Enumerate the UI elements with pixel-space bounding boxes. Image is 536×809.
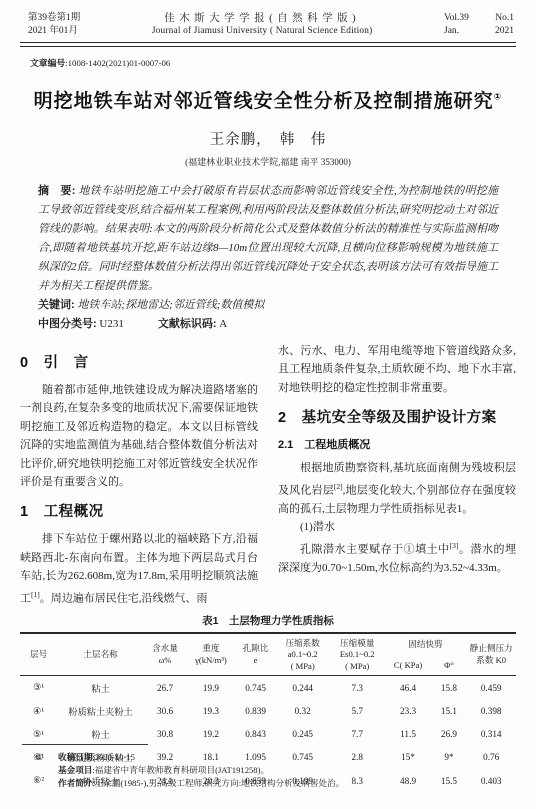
authors: 王余鹏， 韩 伟 xyxy=(0,128,536,149)
classification-line: 中图分类号: U231 文献标识码: A xyxy=(38,315,498,334)
table-cell: 15.8 xyxy=(432,676,467,700)
body-columns: 0 引 言 随着都市延伸,地铁建设成为解决道路堵塞的一剂良药,在复杂多变的地质状… xyxy=(20,342,516,608)
issue-info: 第39卷第1期 2021 年01月 xyxy=(28,12,80,38)
doc-code: 文献标识码: A xyxy=(158,315,227,334)
volume-info: Vol.39 No.1 Jan. 2021 xyxy=(444,12,514,38)
section-0-heading: 0 引 言 xyxy=(20,351,258,372)
received-date-value: :2020-10-15 xyxy=(92,752,135,762)
table-cell: 15.1 xyxy=(432,699,467,722)
issue-number: No.1 xyxy=(495,12,514,25)
table-cell: ⑤¹ xyxy=(20,723,57,746)
article-number-label: 文章编号 xyxy=(30,58,65,68)
table-cell: 19.2 xyxy=(186,723,236,746)
abstract: 摘 要: 地铁车站明挖施工中会打破原有岩层状态而影响邻近管线安全性,为控制地铁的… xyxy=(38,182,498,296)
table-cell: 0.745 xyxy=(236,676,276,700)
date-row: Jan. 2021 xyxy=(444,25,514,38)
section-1-text-b: 。周边遍布居民住宅,沿线燃气、雨 xyxy=(40,592,208,604)
section-2-1-heading: 2.1 工程地质概况 xyxy=(278,436,516,452)
footnote-received: ① 收稿日期:2020-10-15 xyxy=(22,751,502,764)
table-row: ③¹粘土26.719.90.7450.2447.346.415.80.459 xyxy=(20,676,516,700)
clc: 中图分类号: U231 xyxy=(38,315,124,334)
col-friction-angle: Φ° xyxy=(432,654,467,675)
table-header: 层号 土层名称 含水量 ω% 重度 γ(kN/m³) 孔隙比 e 压缩系数 a0… xyxy=(20,633,516,676)
abstract-label: 摘 要: xyxy=(38,185,75,197)
col-cohesion: C( KPa) xyxy=(385,654,432,675)
keywords: 关键词: 地铁车站;探地雷达;邻近管线;数值模拟 xyxy=(38,296,498,315)
col-lateral-pressure-k0: 静止侧压力 系数 K0 xyxy=(466,633,516,676)
table-cell: 0.398 xyxy=(466,699,516,722)
table-cell: 0.839 xyxy=(236,699,276,722)
volume-row: Vol.39 No.1 xyxy=(444,12,514,25)
table-cell: 7.3 xyxy=(330,676,385,700)
author-bio-label: 作者简介 xyxy=(58,778,92,788)
table-cell: 粉质粘土夹粉土 xyxy=(57,699,144,722)
clc-label: 中图分类号: xyxy=(38,318,97,330)
reference-2: [2] xyxy=(334,482,343,491)
right-column: 水、污水、电力、军用电缆等地下管道线路众多,且工程地质条件复杂,土质软硬不均、地… xyxy=(278,342,516,608)
table-cell: 7.7 xyxy=(330,723,385,746)
table-cell: 23.3 xyxy=(385,699,432,722)
footnote-marker: ① xyxy=(22,751,58,764)
table-1-title: 表1 土层物理力学性质指标 xyxy=(20,613,516,628)
table-cell: 0.244 xyxy=(275,676,330,700)
table-cell: 26.7 xyxy=(144,676,186,700)
table-cell: 0.314 xyxy=(466,723,516,746)
volume-number: Vol.39 xyxy=(444,12,469,25)
title-footnote-marker: ① xyxy=(494,92,503,102)
keywords-label: 关键词: xyxy=(38,299,75,311)
section-1-paragraph: 排下车站位于螺州路以北的福峡路下方,沿福峡路西北-东南向布置。主体为地下两层岛式… xyxy=(20,530,258,607)
table-cell: 粘土 xyxy=(57,676,144,700)
received-date: 收稿日期:2020-10-15 xyxy=(58,751,135,764)
section-1-continuation: 水、污水、电力、军用电缆等地下管道线路众多,且工程地质条件复杂,土质软硬不均、地… xyxy=(278,342,516,397)
issue-line1: 第39卷第1期 xyxy=(28,12,80,25)
col-compression-coefficient: 压缩系数 a0.1~0.2 ( MPa) xyxy=(275,633,330,676)
table-cell: 11.5 xyxy=(385,723,432,746)
table-row: ⑤¹粉土30.819.20.8430.2457.711.526.90.314 xyxy=(20,723,516,746)
col-compression-modulus: 压缩模量 Es0.1~0.2 ( MPa) xyxy=(330,633,385,676)
table-cell: 19.3 xyxy=(186,699,236,722)
footnote-divider xyxy=(22,744,148,745)
journal-name-en: Journal of Jiamusi University ( Natural … xyxy=(80,25,444,38)
table-cell: 0.459 xyxy=(466,676,516,700)
col-soil-name: 土层名称 xyxy=(57,633,144,676)
footnote-block: ① 收稿日期:2020-10-15 基金项目:福建省中青年教师教育科研项目(JA… xyxy=(22,744,502,789)
section-2-heading: 2 基坑安全等级及围护设计方案 xyxy=(278,406,516,427)
table-cell: 46.4 xyxy=(385,676,432,700)
table-cell: 30.6 xyxy=(144,699,186,722)
paper-page: 第39卷第1期 2021 年01月 佳木斯大学学报(自然科学版) Journal… xyxy=(0,0,536,809)
footnote-bio: 作者简介:王余鹏(1985-),男,高级工程师,研究方向:地铁结构分析及病害处治… xyxy=(22,777,502,790)
doc-code-value: A xyxy=(219,318,227,330)
table-cell: ④¹ xyxy=(20,699,57,722)
header-divider xyxy=(20,42,516,47)
abstract-text: 地铁车站明挖施工中会打破原有岩层状态而影响邻近管线安全性,为控制地铁的明挖施工导… xyxy=(38,185,498,292)
author-bio-value: :王余鹏(1985-),男,高级工程师,研究方向:地铁结构分析及病害处治。 xyxy=(92,778,344,788)
table-cell: 粉土 xyxy=(57,723,144,746)
received-date-label: 收稿日期 xyxy=(58,752,92,762)
article-number: 文章编号:1008-1402(2021)01-0007-06 xyxy=(30,56,536,69)
author-bio: 作者简介:王余鹏(1985-),男,高级工程师,研究方向:地铁结构分析及病害处治… xyxy=(58,777,344,790)
col-layer: 层号 xyxy=(20,633,57,676)
table-cell: 30.8 xyxy=(144,723,186,746)
fund-project-label: 基金项目 xyxy=(58,765,92,775)
table-cell: ③¹ xyxy=(20,676,57,700)
journal-header: 第39卷第1期 2021 年01月 佳木斯大学学报(自然科学版) Journal… xyxy=(28,12,514,38)
affiliation: (福建林业职业技术学院,福建 南平 353000) xyxy=(0,155,536,168)
table-header-row-1: 层号 土层名称 含水量 ω% 重度 γ(kN/m³) 孔隙比 e 压缩系数 a0… xyxy=(20,633,516,655)
table-cell: 5.7 xyxy=(330,699,385,722)
reference-1: [1] xyxy=(31,590,40,599)
doc-code-label: 文献标识码: xyxy=(158,318,217,330)
section-1-heading: 1 工程概况 xyxy=(20,500,258,521)
col-unit-weight: 重度 γ(kN/m³) xyxy=(186,633,236,676)
clc-value: U231 xyxy=(99,318,123,330)
table-row: ④¹粉质粘土夹粉土30.619.30.8390.325.723.315.10.3… xyxy=(20,699,516,722)
col-void-ratio: 孔隙比 e xyxy=(236,633,276,676)
journal-name-cn: 佳木斯大学学报(自然科学版) xyxy=(80,12,444,25)
col-water-content: 含水量 ω% xyxy=(144,633,186,676)
left-column: 0 引 言 随着都市延伸,地铁建设成为解决道路堵塞的一剂良药,在复杂多变的地质状… xyxy=(20,342,258,608)
fund-project: 基金项目:福建省中青年教师教育科研项目(JAT191258)。 xyxy=(58,764,269,777)
paper-title: 明挖地铁车站对邻近管线安全性分析及控制措施研究① xyxy=(0,86,536,113)
col-group-consolidated-shear: 固结快剪 xyxy=(385,633,467,655)
table-cell: 26.9 xyxy=(432,723,467,746)
table-cell: 0.32 xyxy=(275,699,330,722)
article-number-value: :1008-1402(2021)01-0007-06 xyxy=(65,58,170,68)
groundwater-text-a: 孔隙潜水主要赋存于①填土中 xyxy=(300,543,450,555)
issue-line2: 2021 年01月 xyxy=(28,25,80,38)
list-item-groundwater: (1)潜水 xyxy=(278,518,516,536)
journal-name: 佳木斯大学学报(自然科学版) Journal of Jiamusi Univer… xyxy=(80,12,444,38)
year: 2021 xyxy=(495,25,514,38)
table-cell: 0.843 xyxy=(236,723,276,746)
paper-title-text: 明挖地铁车站对邻近管线安全性分析及控制措施研究 xyxy=(34,91,494,112)
table-cell: 19.9 xyxy=(186,676,236,700)
groundwater-paragraph: 孔隙潜水主要赋存于①填土中[3]。潜水的埋深深度为0.70~1.50m,水位标高… xyxy=(278,537,516,577)
table-cell: 0.245 xyxy=(275,723,330,746)
footnote-fund: 基金项目:福建省中青年教师教育科研项目(JAT191258)。 xyxy=(22,764,502,777)
section-2-1-paragraph: 根据地质勘察资料,基坑底面南侧为残坡积层及风化岩层[2],地层变化较大,个别部位… xyxy=(278,459,516,518)
keywords-text: 地铁车站;探地雷达;邻近管线;数值模拟 xyxy=(77,299,264,311)
month: Jan. xyxy=(444,25,459,38)
section-0-paragraph: 随着都市延伸,地铁建设成为解决道路堵塞的一剂良药,在复杂多变的地质状况下,需要保… xyxy=(20,381,258,491)
fund-project-value: :福建省中青年教师教育科研项目(JAT191258)。 xyxy=(92,765,269,775)
